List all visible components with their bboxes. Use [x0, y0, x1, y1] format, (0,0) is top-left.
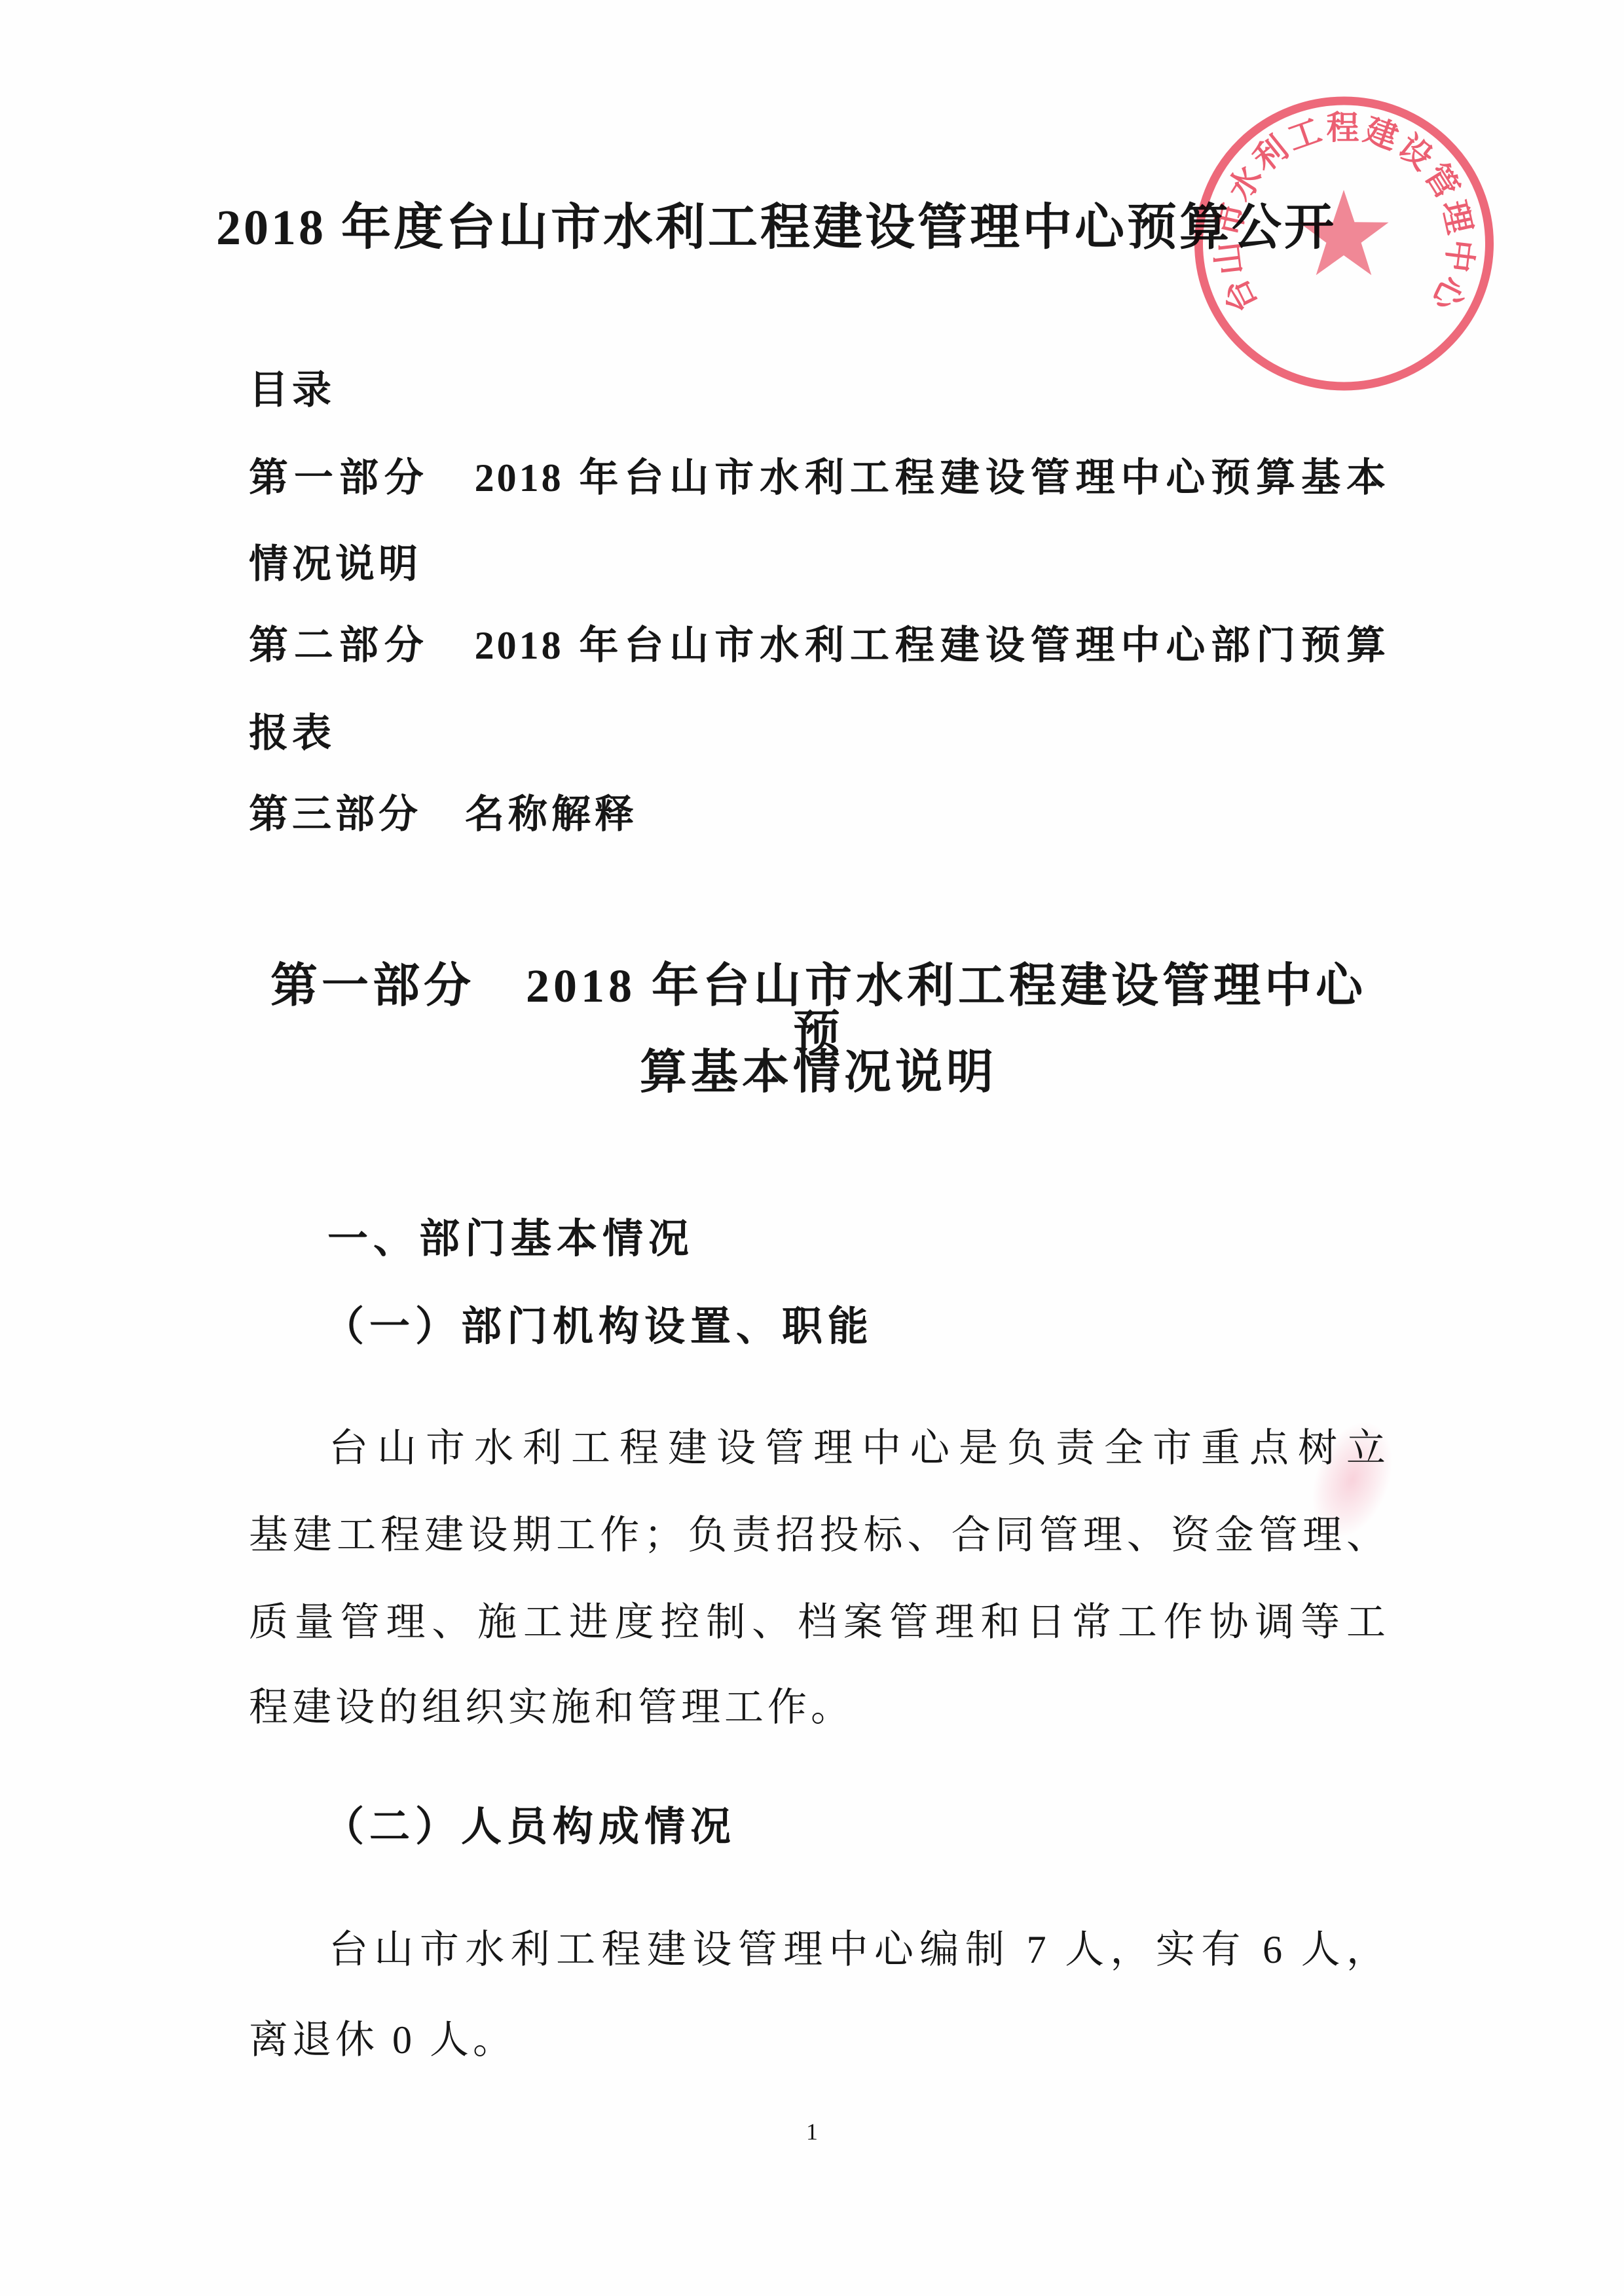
toc-entry-3: 第三部分 名称解释 — [249, 795, 638, 834]
section-heading-line-1: 第一部分 2018 年台山市水利工程建设管理中心预 — [249, 962, 1388, 1057]
page-title: 2018 年度台山市水利工程建设管理中心预算公开 — [216, 203, 1337, 253]
paragraph-1-line-2: 基建工程建设期工作；负责招投标、合同管理、资金管理、 — [249, 1516, 1388, 1555]
section-heading-line-2: 算基本情况说明 — [249, 1049, 1388, 1096]
seal-star-icon — [1299, 190, 1389, 275]
subsection-1-1-heading: （一）部门机构设置、职能 — [323, 1307, 874, 1347]
paragraph-2-line-2: 离退休 0 人。 — [249, 2020, 516, 2060]
toc-entry-2-line-1: 第二部分 2018 年台山市水利工程建设管理中心部门预算 — [249, 626, 1388, 665]
page-number: 1 — [0, 2120, 1624, 2143]
toc-heading: 目录 — [249, 371, 335, 410]
toc-entry-1-line-1: 第一部分 2018 年台山市水利工程建设管理中心预算基本 — [249, 458, 1388, 498]
toc-entry-1-line-2: 情况说明 — [249, 545, 422, 584]
official-seal: 台山市水利工程建设管理中心 — [1193, 96, 1495, 392]
paragraph-1-line-3: 质量管理、施工进度控制、档案管理和日常工作协调等工 — [249, 1603, 1388, 1642]
paragraph-1-line-4: 程建设的组织实施和管理工作。 — [249, 1688, 854, 1727]
paragraph-2-line-1: 台山市水利工程建设管理中心编制 7 人，实有 6 人， — [329, 1930, 1388, 1969]
toc-entry-2-line-2: 报表 — [249, 714, 335, 753]
subsection-1-heading: 一、部门基本情况 — [327, 1219, 694, 1260]
scanned-document-page: 2018 年度台山市水利工程建设管理中心预算公开 台山市水利工程建设管理中心 目… — [0, 0, 1624, 2296]
paragraph-1-line-1: 台山市水利工程建设管理中心是负责全市重点树立 — [329, 1429, 1388, 1468]
subsection-1-2-heading: （二）人员构成情况 — [323, 1807, 736, 1848]
